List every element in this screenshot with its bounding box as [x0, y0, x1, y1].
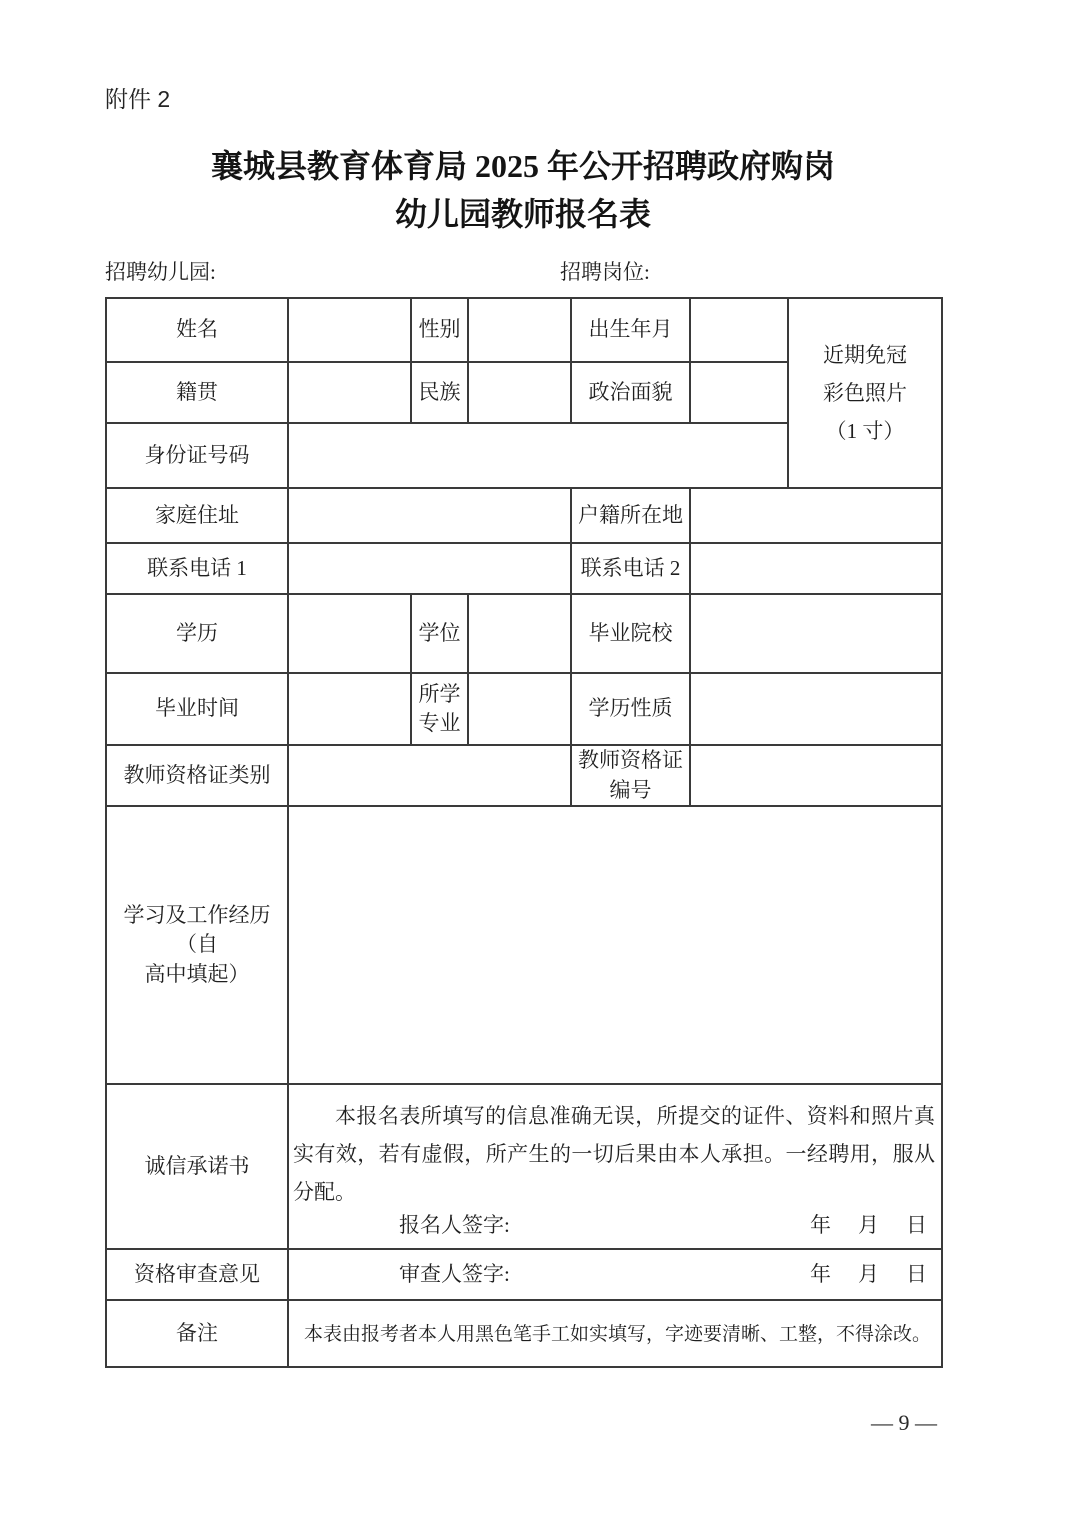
recruit-position-label: 招聘岗位: [560, 258, 650, 286]
politics-label-cell: 政治面貌 [571, 362, 690, 423]
document-title: 襄城县教育体育局 2025 年公开招聘政府购岗 幼儿园教师报名表 [105, 142, 941, 238]
row-review: 资格审查意见 审查人签字: 年 月 日 [106, 1249, 942, 1300]
note-label-cell: 备注 [106, 1300, 288, 1367]
ethnicity-value-cell [468, 362, 571, 423]
pledge-content-cell: 本报名表所填写的信息准确无误，所提交的证件、资料和照片真实有效，若有虚假，所产生… [288, 1084, 942, 1249]
certificate-type-label-cell: 教师资格证类别 [106, 745, 288, 806]
birth-value-cell [690, 298, 788, 362]
date-year-label: 年 [810, 1211, 831, 1240]
photo-note-line3: （1 寸） [789, 412, 941, 450]
name-value-cell [288, 298, 411, 362]
gender-value-cell [468, 298, 571, 362]
education-value-cell [288, 594, 411, 673]
certificate-no-label-line2: 编号 [572, 776, 689, 805]
school-label-cell: 毕业院校 [571, 594, 690, 673]
home-address-value-cell [288, 488, 571, 543]
application-form-table: 姓名 性别 出生年月 近期免冠 彩色照片 （1 寸） 籍贯 民族 政治面貌 身份… [105, 297, 943, 1368]
review-label-cell: 资格审查意见 [106, 1249, 288, 1300]
graduation-time-value-cell [288, 673, 411, 745]
document-title-line1: 襄城县教育体育局 2025 年公开招聘政府购岗 [105, 142, 941, 190]
certificate-no-label-cell: 教师资格证 编号 [571, 745, 690, 806]
birth-label-cell: 出生年月 [571, 298, 690, 362]
document-title-line2: 幼儿园教师报名表 [105, 190, 941, 238]
photo-note-line2: 彩色照片 [789, 374, 941, 412]
attachment-label: 附件 2 [105, 84, 941, 114]
date-day-label: 日 [906, 1211, 927, 1240]
ethnicity-label-cell: 民族 [411, 362, 468, 423]
document-page: 附件 2 襄城县教育体育局 2025 年公开招聘政府购岗 幼儿园教师报名表 招聘… [105, 0, 941, 1438]
row-phone: 联系电话 1 联系电话 2 [106, 543, 942, 594]
phone2-label-cell: 联系电话 2 [571, 543, 690, 594]
graduation-time-label-cell: 毕业时间 [106, 673, 288, 745]
education-nature-value-cell [690, 673, 942, 745]
registry-value-cell [690, 488, 942, 543]
row-pledge: 诚信承诺书 本报名表所填写的信息准确无误，所提交的证件、资料和照片真实有效，若有… [106, 1084, 942, 1249]
experience-label-line1: 学习及工作经历（自 [107, 901, 287, 960]
major-label-line2: 专业 [412, 709, 467, 738]
applicant-signature-label: 报名人签字: [399, 1211, 510, 1240]
pledge-content-wrap: 本报名表所填写的信息准确无误，所提交的证件、资料和照片真实有效，若有虚假，所产生… [289, 1085, 941, 1248]
row-graduation: 毕业时间 所学 专业 学历性质 [106, 673, 942, 745]
degree-label-cell: 学位 [411, 594, 468, 673]
major-label-line1: 所学 [412, 680, 467, 709]
date-month-label: 月 [858, 1211, 879, 1240]
origin-value-cell [288, 362, 411, 423]
id-label-cell: 身份证号码 [106, 423, 288, 488]
date-day-label: 日 [906, 1260, 927, 1289]
home-address-label-cell: 家庭住址 [106, 488, 288, 543]
gender-label-cell: 性别 [411, 298, 468, 362]
note-content-cell: 本表由报考者本人用黑色笔手工如实填写，字迹要清晰、工整，不得涂改。 [288, 1300, 942, 1367]
photo-cell: 近期免冠 彩色照片 （1 寸） [788, 298, 942, 488]
reviewer-signature-row: 审查人签字: 年 月 日 [289, 1260, 941, 1289]
recruit-kindergarten-label: 招聘幼儿园: [105, 258, 216, 286]
education-nature-label-cell: 学历性质 [571, 673, 690, 745]
certificate-no-label-line1: 教师资格证 [572, 746, 689, 775]
experience-value-cell [288, 806, 942, 1084]
row-name: 姓名 性别 出生年月 近期免冠 彩色照片 （1 寸） [106, 298, 942, 362]
review-content-cell: 审查人签字: 年 月 日 [288, 1249, 942, 1300]
education-label-cell: 学历 [106, 594, 288, 673]
row-address: 家庭住址 户籍所在地 [106, 488, 942, 543]
applicant-signature-date: 年 月 日 [810, 1211, 927, 1240]
certificate-type-value-cell [288, 745, 571, 806]
row-note: 备注 本表由报考者本人用黑色笔手工如实填写，字迹要清晰、工整，不得涂改。 [106, 1300, 942, 1367]
pre-table-labels: 招聘幼儿园: 招聘岗位: [105, 258, 941, 286]
date-month-label: 月 [858, 1260, 879, 1289]
name-label-cell: 姓名 [106, 298, 288, 362]
note-text: 本表由报考者本人用黑色笔手工如实填写，字迹要清晰、工整，不得涂改。 [299, 1324, 931, 1345]
applicant-signature-row: 报名人签字: 年 月 日 [289, 1211, 941, 1248]
pledge-text: 本报名表所填写的信息准确无误，所提交的证件、资料和照片真实有效，若有虚假，所产生… [289, 1085, 941, 1211]
registry-label-cell: 户籍所在地 [571, 488, 690, 543]
politics-value-cell [690, 362, 788, 423]
phone1-value-cell [288, 543, 571, 594]
reviewer-signature-date: 年 月 日 [810, 1260, 927, 1289]
origin-label-cell: 籍贯 [106, 362, 288, 423]
degree-value-cell [468, 594, 571, 673]
page-number: — 9 — [105, 1408, 941, 1438]
phone1-label-cell: 联系电话 1 [106, 543, 288, 594]
major-label-cell: 所学 专业 [411, 673, 468, 745]
row-experience: 学习及工作经历（自 高中填起） [106, 806, 942, 1084]
pledge-label-cell: 诚信承诺书 [106, 1084, 288, 1249]
experience-label-line2: 高中填起） [107, 960, 287, 989]
date-year-label: 年 [810, 1260, 831, 1289]
major-value-cell [468, 673, 571, 745]
row-certificate: 教师资格证类别 教师资格证 编号 [106, 745, 942, 806]
reviewer-signature-label: 审查人签字: [399, 1260, 510, 1289]
phone2-value-cell [690, 543, 942, 594]
row-education: 学历 学位 毕业院校 [106, 594, 942, 673]
experience-label-cell: 学习及工作经历（自 高中填起） [106, 806, 288, 1084]
certificate-no-value-cell [690, 745, 942, 806]
photo-note-line1: 近期免冠 [789, 336, 941, 374]
school-value-cell [690, 594, 942, 673]
id-value-cell [288, 423, 788, 488]
